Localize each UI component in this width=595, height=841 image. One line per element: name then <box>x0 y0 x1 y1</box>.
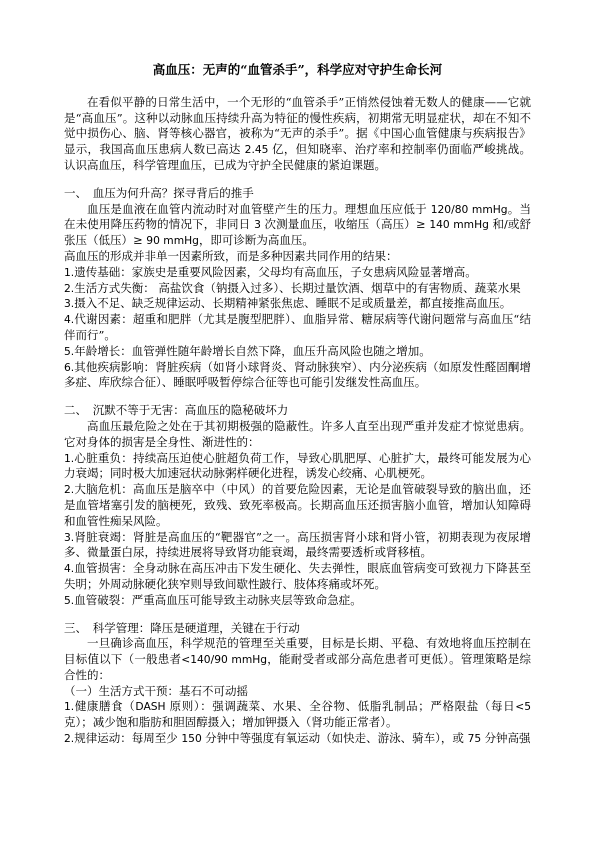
list-item: 3.肾脏衰竭：肾脏是高血压的“靶器官”之一。高压损害肾小球和肾小管，初期表现为夜… <box>64 530 531 562</box>
list-item: 1.心脏重负：持续高压迫使心脏超负荷工作，导致心肌肥厚、心脏扩大，最终可能发展为… <box>64 451 531 483</box>
paragraph: 高血压最危险之处在于其初期极强的隐蔽性。许多人直至出现严重并发症才惊觉患病。它对… <box>64 419 531 451</box>
list-item: 4.血管损害：全身动脉在高压冲击下发生硬化、失去弹性，眼底血管病变可致视力下降甚… <box>64 561 531 593</box>
latin-text: 3. <box>64 531 74 544</box>
latin-text: 2.45 <box>245 143 272 156</box>
list-item: 2.规律运动：每周至少 150 分钟中等强度有氧运动（如快走、游泳、骑车），或 … <box>64 731 531 747</box>
paragraph: 高血压的形成并非单一因素所致，而是多种因素共同作用的结果： <box>64 249 531 265</box>
list-item: 4.代谢因素：超重和肥胖（尤其是腹型肥胖）、血脂异常、糖尿病等代谢问题常与高血压… <box>64 312 531 344</box>
section-heading: 二、 沉默不等于无害：高血压的隐秘破坏力 <box>64 403 531 419</box>
latin-text: / <box>504 218 508 231</box>
list-item: 6.其他疾病影响：肾脏疾病（如肾小球肾炎、肾动脉狭窄）、内分泌疾病（如原发性醛固… <box>64 360 531 392</box>
latin-text: 140 mmHg <box>429 218 492 231</box>
paragraph: 血压是血液在血管内流动时对血管壁产生的压力。理想血压应低于 120/80 mmH… <box>64 202 531 249</box>
latin-text: 75 <box>468 732 485 745</box>
latin-text: 4. <box>64 313 74 326</box>
section-heading: 三、 科学管理：降压是硬道理，关键在于行动 <box>64 621 531 637</box>
latin-text: 1. <box>64 452 74 465</box>
document-page: 高血压：无声的“血管杀手”，科学应对守护生命长河 在看似平静的日常生活中，一个无… <box>0 0 595 841</box>
list-item: 2.大脑危机：高血压是脑卒中（中风）的首要危险因素，无论是血管破裂导致的脑出血，… <box>64 482 531 529</box>
latin-text: 1. <box>64 266 74 279</box>
latin-text: 2. <box>64 483 74 496</box>
paragraph: 一旦确诊高血压，科学规范的管理至关重要，目标是长期、平稳、有效地将血压控制在目标… <box>64 636 531 683</box>
doc-title: 高血压：无声的“血管杀手”，科学应对守护生命长河 <box>64 62 531 78</box>
list-item: 3.摄入不足、缺乏规律运动、长期精神紧张焦虑、睡眠不足或质量差，都直接推高血压。 <box>64 296 531 312</box>
latin-text: 5. <box>64 345 74 358</box>
latin-text: 2. <box>64 282 74 295</box>
list-item: 5.年龄增长：血管弹性随年龄增长自然下降，血压升高风险也随之增加。 <box>64 344 531 360</box>
latin-text: 5. <box>64 594 74 607</box>
latin-text: 1. <box>64 700 74 713</box>
latin-text: <140/90 mmHg <box>181 653 267 666</box>
sub-heading: （一）生活方式干预：基石不可动摇 <box>64 684 531 700</box>
latin-text: 4. <box>64 562 74 575</box>
section-heading: 一、 血压为何升高？探寻背后的推手 <box>64 186 531 202</box>
list-item: 1.遗传基础：家族史是重要风险因素，父母均有高血压，子女患病风险显著增高。 <box>64 265 531 281</box>
latin-text: 3 <box>254 218 264 231</box>
latin-text: <5 <box>515 700 531 713</box>
list-item: 5.血管破裂：严重高血压可能导致主动脉夹层等致命急症。 <box>64 593 531 609</box>
latin-text: 6. <box>64 361 74 374</box>
list-item: 2.生活方式失衡： 高盐饮食（钠摄入过多）、长期过量饮酒、烟草中的有害物质、蔬菜… <box>64 281 531 297</box>
latin-text: 120/80 mmHg <box>431 203 508 216</box>
latin-text: 150 <box>181 732 205 745</box>
list-item: 1.健康膳食（DASH 原则）：强调蔬菜、水果、全谷物、低脂乳制品；严格限盐（每… <box>64 699 531 731</box>
latin-text: DASH <box>135 700 169 713</box>
latin-text: 90 mmHg <box>146 234 199 247</box>
latin-text: 3. <box>64 297 74 310</box>
latin-text: 2. <box>64 732 74 745</box>
paragraph: 在看似平静的日常生活中，一个无形的“血管杀手”正悄然侵蚀着无数人的健康——它就是… <box>64 95 531 174</box>
document-body: 在看似平静的日常生活中，一个无形的“血管杀手”正悄然侵蚀着无数人的健康——它就是… <box>64 95 531 747</box>
